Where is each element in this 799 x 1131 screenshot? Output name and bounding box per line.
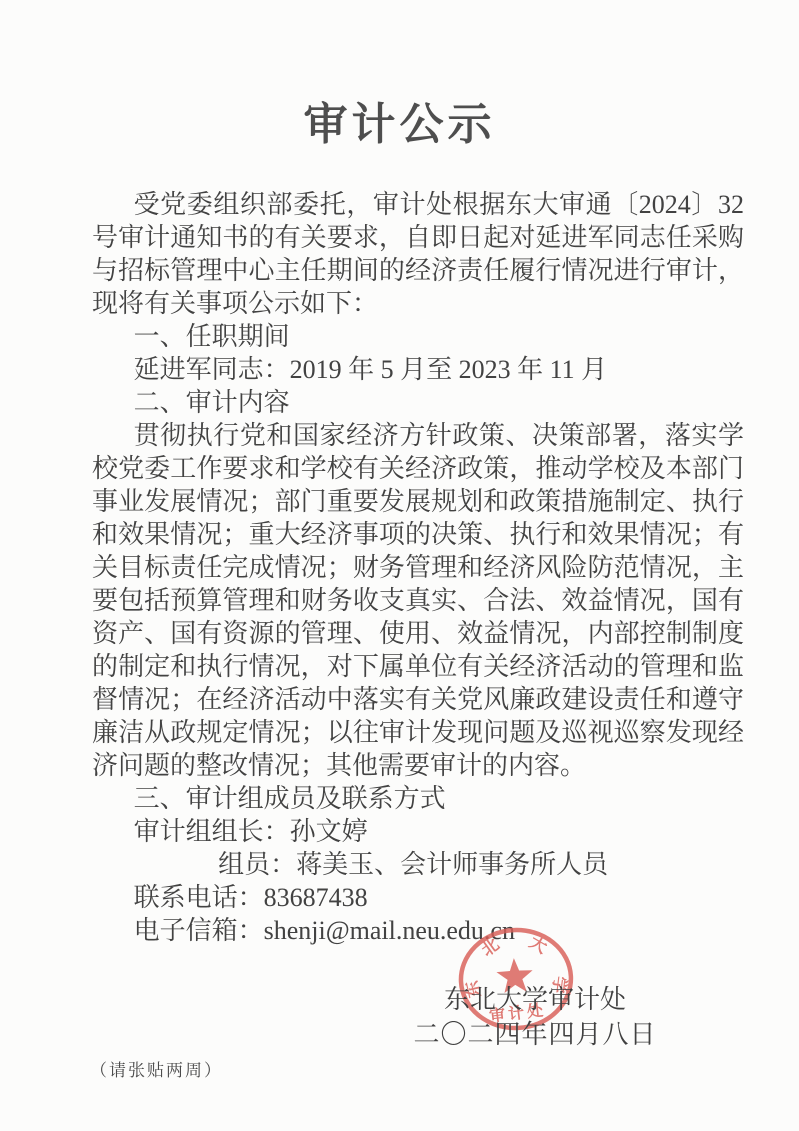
heading-section-1: 一、任职期间 <box>92 320 744 353</box>
document-body: 受党委组织部委托，审计处根据东大审通〔2024〕32号审计通知书的有关要求，自即… <box>92 188 744 947</box>
signature-organization: 东北大学审计处 <box>407 982 663 1017</box>
paragraph-audit-content: 贯彻执行党和国家经济方针政策、决策部署，落实学校党委工作要求和学校有关经济政策，… <box>92 419 744 782</box>
posting-instruction-note: （请张贴两周） <box>90 1056 223 1081</box>
signature-date: 二〇二四年四月八日 <box>407 1017 663 1052</box>
heading-section-3: 三、审计组成员及联系方式 <box>92 782 744 815</box>
line-tenure-period: 延进军同志：2019 年 5 月至 2023 年 11 月 <box>92 353 744 386</box>
signature-block: 东北大学审计处 二〇二四年四月八日 <box>407 982 663 1052</box>
line-team-leader: 审计组组长：孙文婷 <box>92 815 744 848</box>
heading-section-2: 二、审计内容 <box>92 386 744 419</box>
line-contact-email: 电子信箱：shenji@mail.neu.edu.cn <box>92 914 744 947</box>
line-team-members: 组员：蒋美玉、会计师事务所人员 <box>92 848 744 881</box>
line-contact-phone: 联系电话：83687438 <box>92 881 744 914</box>
scanned-document-page: 审计公示 受党委组织部委托，审计处根据东大审通〔2024〕32号审计通知书的有关… <box>0 0 799 1131</box>
stamp-arc-char-3: 大 <box>526 931 551 957</box>
paragraph-intro: 受党委组织部委托，审计处根据东大审通〔2024〕32号审计通知书的有关要求，自即… <box>92 188 744 320</box>
document-title: 审计公示 <box>0 0 799 152</box>
